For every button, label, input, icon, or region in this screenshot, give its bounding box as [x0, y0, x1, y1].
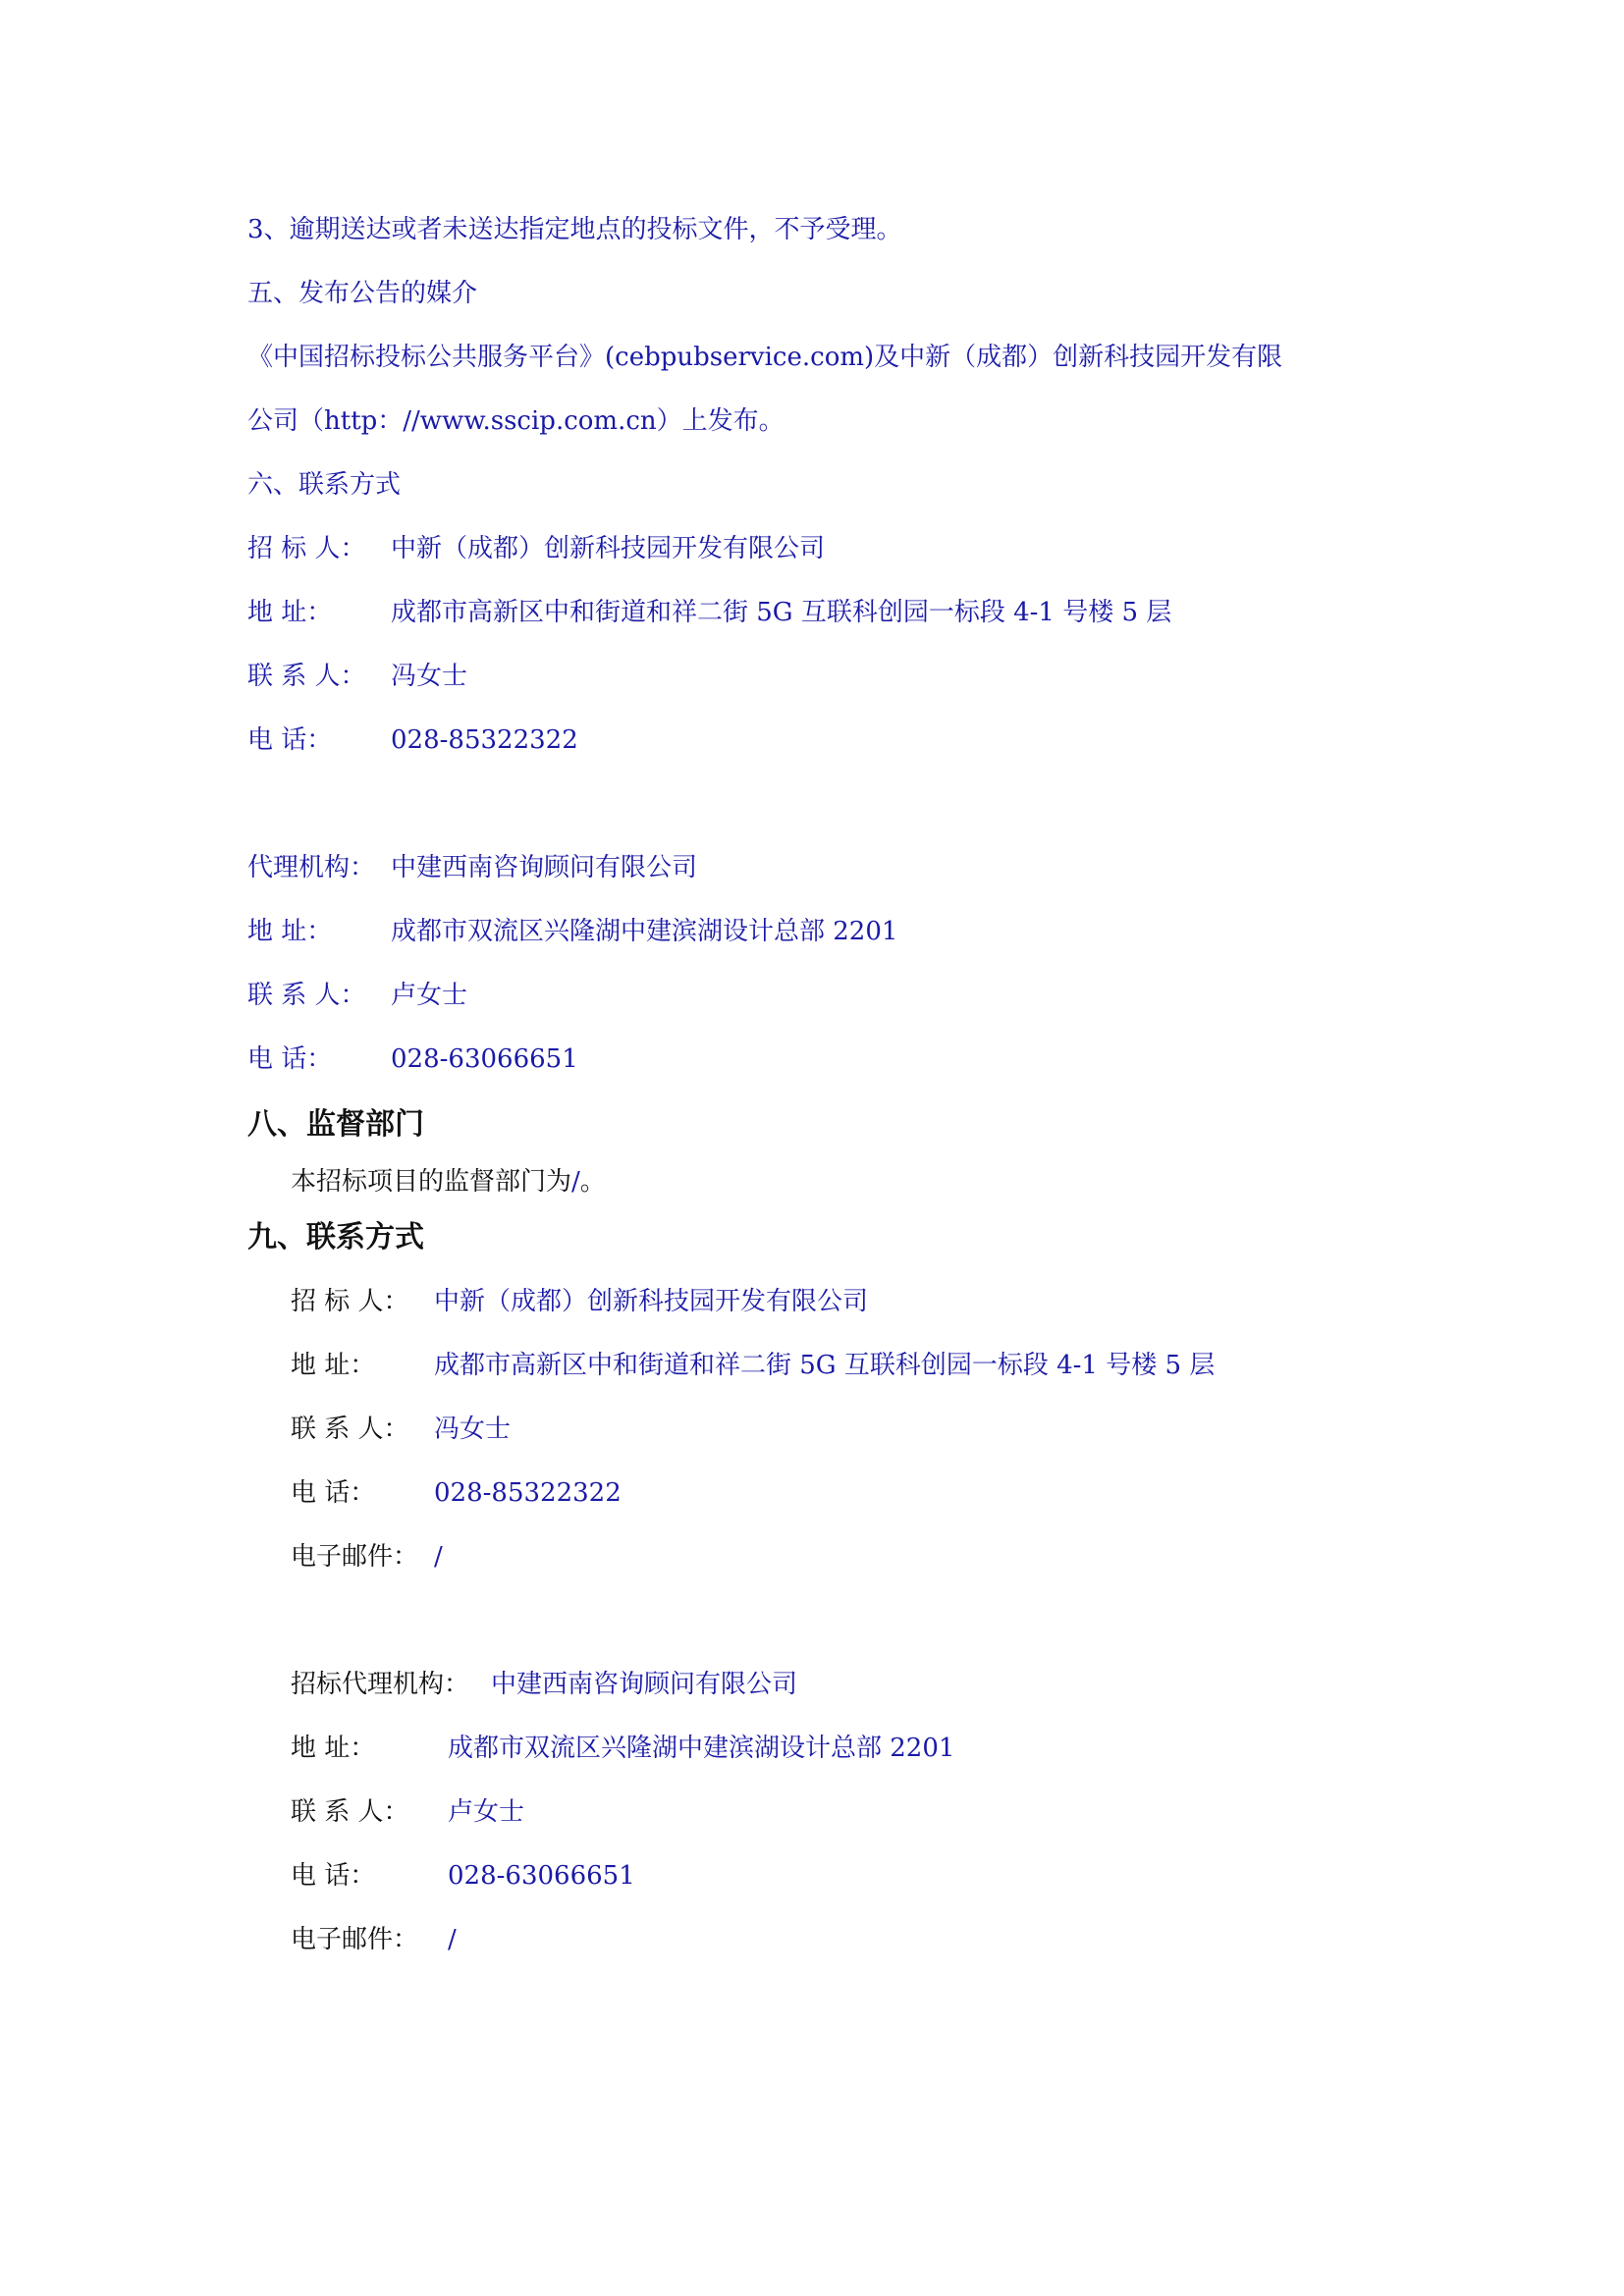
s9-tenderer-address-label: 地 址：	[291, 1350, 434, 1381]
s9-tenderer-contact-row: 联 系 人：冯女士	[291, 1414, 511, 1445]
s6-tenderer-name-label: 招 标 人：	[247, 533, 391, 564]
s9-tenderer-address-row: 地 址：成都市高新区中和街道和祥二街 5G 互联科创园一标段 4-1 号楼 5 …	[291, 1350, 1215, 1381]
s9-tenderer-address-value: 成都市高新区中和街道和祥二街 5G 互联科创园一标段 4-1 号楼 5 层	[434, 1351, 1215, 1380]
s9-agency-phone-value: 028-63066651	[448, 1861, 635, 1891]
s9-agency-address-row: 地 址：成都市双流区兴隆湖中建滨湖设计总部 2201	[291, 1733, 954, 1764]
s6-tenderer-phone-value: 028-85322322	[391, 725, 578, 755]
s9-agency-name-label: 招标代理机构：	[291, 1669, 491, 1700]
supervision-prefix: 本招标项目的监督部门为	[291, 1167, 571, 1197]
s6-agency-phone-row: 电 话：028-63066651	[247, 1043, 578, 1075]
s9-agency-contact-value: 卢女士	[448, 1797, 524, 1827]
s9-tenderer-phone-value: 028-85322322	[434, 1478, 622, 1508]
s9-tenderer-name-row: 招 标 人：中新（成都）创新科技园开发有限公司	[291, 1286, 868, 1317]
s9-agency-phone-label: 电 话：	[291, 1860, 448, 1892]
s9-tenderer-name-label: 招 标 人：	[291, 1286, 434, 1317]
section-9-heading: 九、联系方式	[247, 1220, 424, 1255]
s6-tenderer-contact-label: 联 系 人：	[247, 661, 391, 692]
document-page: 3、逾期送达或者未送达指定地点的投标文件，不予受理。 五、发布公告的媒介 《中国…	[0, 0, 1624, 2296]
s9-agency-contact-row: 联 系 人：卢女士	[291, 1796, 524, 1828]
supervision-suffix: 。	[580, 1167, 606, 1197]
s6-agency-name-value: 中建西南咨询顾问有限公司	[391, 853, 697, 882]
s9-tenderer-email-value: /	[434, 1542, 443, 1572]
s6-tenderer-phone-row: 电 话：028-85322322	[247, 724, 578, 756]
s9-tenderer-phone-row: 电 话：028-85322322	[291, 1477, 622, 1509]
s6-agency-address-value: 成都市双流区兴隆湖中建滨湖设计总部 2201	[391, 917, 897, 946]
s6-agency-contact-value: 卢女士	[391, 981, 467, 1010]
s6-agency-contact-label: 联 系 人：	[247, 980, 391, 1011]
publication-media-line-1: 《中国招标投标公共服务平台》(cebpubservice.com)及中新（成都）…	[247, 342, 1282, 373]
late-submission-clause: 3、逾期送达或者未送达指定地点的投标文件，不予受理。	[247, 214, 902, 245]
s9-tenderer-email-row: 电子邮件：/	[291, 1541, 443, 1573]
s6-tenderer-name-value: 中新（成都）创新科技园开发有限公司	[391, 534, 825, 563]
s9-tenderer-email-label: 电子邮件：	[291, 1541, 434, 1573]
s9-tenderer-contact-value: 冯女士	[434, 1415, 511, 1444]
section-5-heading: 五、发布公告的媒介	[247, 278, 477, 309]
publication-media-line-2: 公司（http：//www.sscip.com.cn）上发布。	[247, 405, 785, 437]
s6-agency-name-row: 代理机构：中建西南咨询顾问有限公司	[247, 852, 697, 883]
s9-tenderer-phone-label: 电 话：	[291, 1477, 434, 1509]
s9-tenderer-name-value: 中新（成都）创新科技园开发有限公司	[434, 1287, 868, 1316]
s6-agency-address-row: 地 址：成都市双流区兴隆湖中建滨湖设计总部 2201	[247, 916, 897, 947]
s6-tenderer-address-label: 地 址：	[247, 597, 391, 628]
s9-agency-name-value: 中建西南咨询顾问有限公司	[491, 1670, 797, 1699]
s6-tenderer-address-value: 成都市高新区中和街道和祥二街 5G 互联科创园一标段 4-1 号楼 5 层	[391, 598, 1171, 627]
s9-agency-contact-label: 联 系 人：	[291, 1796, 448, 1828]
s9-agency-name-row: 招标代理机构：中建西南咨询顾问有限公司	[291, 1669, 797, 1700]
s9-agency-phone-row: 电 话：028-63066651	[291, 1860, 635, 1892]
section-6-heading: 六、联系方式	[247, 469, 401, 501]
s6-agency-phone-label: 电 话：	[247, 1043, 391, 1075]
s9-agency-address-label: 地 址：	[291, 1733, 448, 1764]
s6-tenderer-contact-row: 联 系 人：冯女士	[247, 661, 467, 692]
s9-agency-email-value: /	[448, 1925, 457, 1954]
s6-tenderer-address-row: 地 址：成都市高新区中和街道和祥二街 5G 互联科创园一标段 4-1 号楼 5 …	[247, 597, 1171, 628]
s6-agency-contact-row: 联 系 人：卢女士	[247, 980, 467, 1011]
s6-agency-address-label: 地 址：	[247, 916, 391, 947]
s9-tenderer-contact-label: 联 系 人：	[291, 1414, 434, 1445]
supervision-value: /	[571, 1167, 580, 1197]
section-8-heading: 八、监督部门	[247, 1107, 424, 1143]
s6-agency-phone-value: 028-63066651	[391, 1044, 578, 1074]
s9-agency-address-value: 成都市双流区兴隆湖中建滨湖设计总部 2201	[448, 1734, 954, 1763]
s6-agency-name-label: 代理机构：	[247, 852, 391, 883]
s6-tenderer-phone-label: 电 话：	[247, 724, 391, 756]
s6-tenderer-contact-value: 冯女士	[391, 662, 467, 691]
supervision-body: 本招标项目的监督部门为/。	[291, 1166, 606, 1198]
s9-agency-email-label: 电子邮件：	[291, 1924, 448, 1955]
s9-agency-email-row: 电子邮件：/	[291, 1924, 457, 1955]
s6-tenderer-name-row: 招 标 人：中新（成都）创新科技园开发有限公司	[247, 533, 825, 564]
